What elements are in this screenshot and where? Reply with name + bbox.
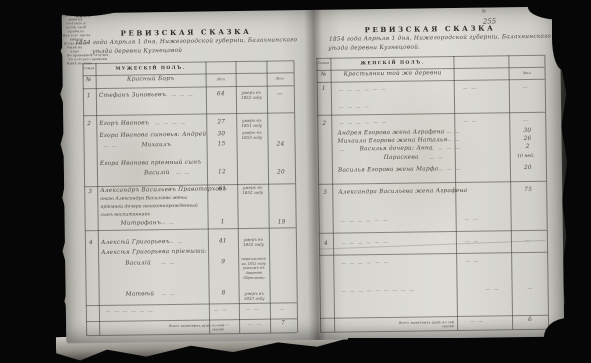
entry-note: перечисленъ въ 1852 году указомъ въ дере…	[239, 257, 268, 281]
footer-total-value: 6	[528, 317, 532, 323]
empty-row-dashes: — —	[246, 308, 260, 313]
entry-note: умеръ въ 1853 году	[240, 291, 269, 302]
table-rule	[293, 60, 298, 332]
table-rule	[86, 302, 297, 306]
table-rule	[86, 332, 297, 336]
entry-name: Алексѣй Григорьевъ	[101, 239, 170, 246]
empty-row-dashes: — — — — — — — — —	[342, 289, 416, 295]
empty-row-dashes: — —	[465, 260, 479, 265]
entry-name: сынъ воспитанникъ	[101, 212, 151, 218]
empty-row-dashes: — —	[214, 308, 228, 313]
entry-present-age: 10 нед.	[517, 154, 534, 159]
ditto-dashes: — —	[169, 241, 183, 246]
table-rule	[330, 58, 335, 332]
column-subheader-family: №	[321, 72, 327, 78]
table-rule	[508, 55, 513, 329]
ditto-dashes: — — — —	[430, 147, 461, 152]
family-number: 4	[89, 240, 93, 246]
entry-name: Василій	[144, 170, 170, 176]
empty-row-dashes: — — — — — —	[341, 261, 389, 267]
entry-note: умеръ въ 1853 году	[237, 130, 266, 141]
entry-present-age: 2	[526, 144, 530, 150]
entry-age: 61	[218, 186, 226, 192]
document-photo: 2266 РЕВИЗСКАЯ СКАЗКА 1854 года Апрѣля 1…	[0, 0, 591, 363]
entry-present-age: 20	[524, 165, 532, 171]
ditto-dashes: — —	[176, 172, 190, 177]
table-rule	[320, 315, 548, 319]
family-number: 3	[88, 189, 92, 195]
entry-name: Матвѣй	[126, 291, 155, 297]
empty-row-dashes: — —	[463, 87, 477, 92]
entry-name: Михаилъ	[142, 142, 172, 148]
empty-row-dashes: — — — — — —	[341, 219, 389, 225]
entry-name: Алексѣя Григорьева пріемыши:	[101, 248, 207, 255]
ditto-dashes: — — — —	[429, 131, 460, 136]
column-header-male-sex: МУЖЕСКІЙ ПОЛЪ.	[116, 66, 186, 72]
family-number: 2	[322, 121, 326, 127]
right-page-title: РЕВИЗСКАЯ СКАЗКА	[365, 23, 496, 34]
left-page-title: РЕВИЗСКАЯ СКАЗКА	[121, 27, 252, 38]
ditto-dashes: — —	[104, 145, 118, 150]
left-page-subtitle-line2: уѣзда деревни Кузнецовой	[92, 48, 182, 55]
table-rule	[86, 318, 297, 322]
entry-present-age: 26	[524, 136, 532, 142]
empty-row-dashes: — — — — — —	[339, 121, 387, 127]
column-subheader-years: Лѣта	[216, 77, 225, 81]
entry-note: умеръ въ 1852 году	[237, 90, 266, 101]
table-rule	[320, 329, 548, 333]
table-rule	[319, 252, 547, 256]
entry-name: Василья дочери: Анна	[360, 145, 433, 152]
ditto-dashes: — —	[452, 190, 466, 195]
right-page-subtitle-line1: 1854 года Апрѣля 1 дня, Нижегородской гу…	[329, 34, 551, 43]
right-page-subtitle-line2: уѣзда деревни Кузнецовой.	[328, 44, 420, 51]
empty-row-dashes: — — — — — —	[339, 88, 387, 94]
ditto-dashes: — —	[162, 293, 176, 298]
table-rule	[82, 60, 293, 64]
empty-row-dashes: —	[525, 239, 531, 244]
entry-name: Стефанъ Зиновьевъ	[99, 92, 166, 99]
entry-age: 12	[218, 169, 226, 175]
footer-total-label: Всего наличныхъ душъ по сей сказкѣ	[162, 323, 224, 332]
family-number: 1	[87, 93, 91, 99]
column-header-female-sex: ЖЕНСКІЙ ПОЛЪ.	[360, 60, 424, 66]
family-number: 1	[322, 86, 326, 92]
empty-row-dashes: — —	[463, 120, 477, 125]
table-rule	[544, 55, 549, 329]
footer-dashes: — —	[470, 320, 484, 325]
torn-edge-shadow	[552, 6, 574, 70]
entry-name: Митрофанъ	[121, 220, 161, 227]
column-subheader-village: Красный Боръ	[127, 76, 174, 83]
empty-row-dashes: — — — — — —	[341, 241, 389, 247]
column-header-family: Семьи	[316, 61, 330, 65]
book-gutter	[304, 10, 327, 340]
column-subheader-family: №	[86, 77, 92, 83]
book-spread: 2266 РЕВИЗСКАЯ СКАЗКА 1854 года Апрѣля 1…	[62, 7, 565, 344]
table-rule	[83, 85, 294, 89]
folio-mark: №	[482, 10, 486, 15]
entry-present-age: —	[277, 91, 283, 97]
empty-row-dashes: —	[528, 287, 534, 292]
ditto-dashes: — —	[161, 262, 175, 267]
entry-present-age: 20	[277, 169, 285, 175]
table-rule	[82, 63, 87, 335]
entry-age: 15	[218, 141, 226, 147]
column-subheader-years: Лѣта	[522, 71, 531, 75]
table-rule	[83, 72, 294, 76]
left-page-subtitle-line1: 1854 года Апрѣля 1 дня, Нижегородской гу…	[75, 37, 297, 46]
entry-age: 64	[217, 91, 225, 97]
entry-age: 1	[221, 219, 225, 225]
entry-note: умеръ въ 1852 году	[239, 237, 268, 248]
entry-age: 27	[217, 119, 225, 125]
family-number: 2	[87, 121, 91, 127]
entry-age: 30	[217, 131, 225, 137]
empty-row-dashes: — —	[465, 240, 479, 245]
footer-total-label: Всего наличныхъ душъ по сей сказкѣ	[392, 320, 454, 329]
entry-present-age: 30	[523, 128, 531, 134]
entry-present-age: 75	[524, 187, 532, 193]
footer-dashes: — —	[248, 323, 262, 328]
table-rule	[205, 61, 210, 333]
entry-name: Егора Иванова сыновья: Андрей	[99, 131, 206, 138]
entry-present-age: 19	[278, 219, 286, 225]
empty-row-dashes: — — — — — —	[106, 309, 154, 315]
ditto-dashes: — — — —	[430, 168, 461, 173]
column-subheader-years: Лѣта	[275, 76, 284, 80]
ditto-dashes: — — — —	[430, 139, 461, 144]
table-rule	[316, 55, 544, 59]
ditto-dashes: —	[340, 149, 346, 154]
empty-row-dashes: —	[523, 86, 529, 91]
empty-row-dashes: — —	[486, 287, 500, 292]
entry-note: умеръ въ 1851 году	[237, 118, 266, 129]
entry-name: Параскева	[384, 155, 419, 161]
empty-row-dashes: —	[280, 307, 286, 312]
family-number: 3	[323, 190, 327, 196]
entry-note: умеръ въ 1852 году	[238, 185, 267, 196]
entry-name: Василій	[125, 260, 151, 266]
entry-age: 8	[222, 290, 226, 296]
photo-background	[348, 338, 572, 363]
entry-age: 9	[221, 259, 225, 265]
entry-name: Егора Иванова пріемный сынъ	[100, 160, 202, 167]
entry-present-age: 24	[277, 141, 285, 147]
column-header-family: Семьи	[82, 66, 95, 70]
ditto-dashes: — — — —	[163, 94, 194, 99]
entry-name: пріемной дочери незаконнорожденный	[100, 204, 197, 210]
footer-dashes: — —	[216, 323, 230, 328]
empty-row-dashes: — —	[465, 218, 479, 223]
footer-total-value: 7	[281, 320, 285, 326]
entry-name: Егоръ Ивановъ	[99, 120, 149, 127]
empty-row-dashes: —	[523, 119, 529, 124]
ditto-dashes: — — — —	[155, 122, 186, 127]
ditto-dashes: — —	[161, 222, 175, 227]
family-number: 4	[324, 241, 328, 247]
entry-age: 41	[219, 238, 227, 244]
empty-row-dashes: — — — —	[339, 105, 370, 110]
ditto-dashes: — —	[430, 156, 444, 161]
